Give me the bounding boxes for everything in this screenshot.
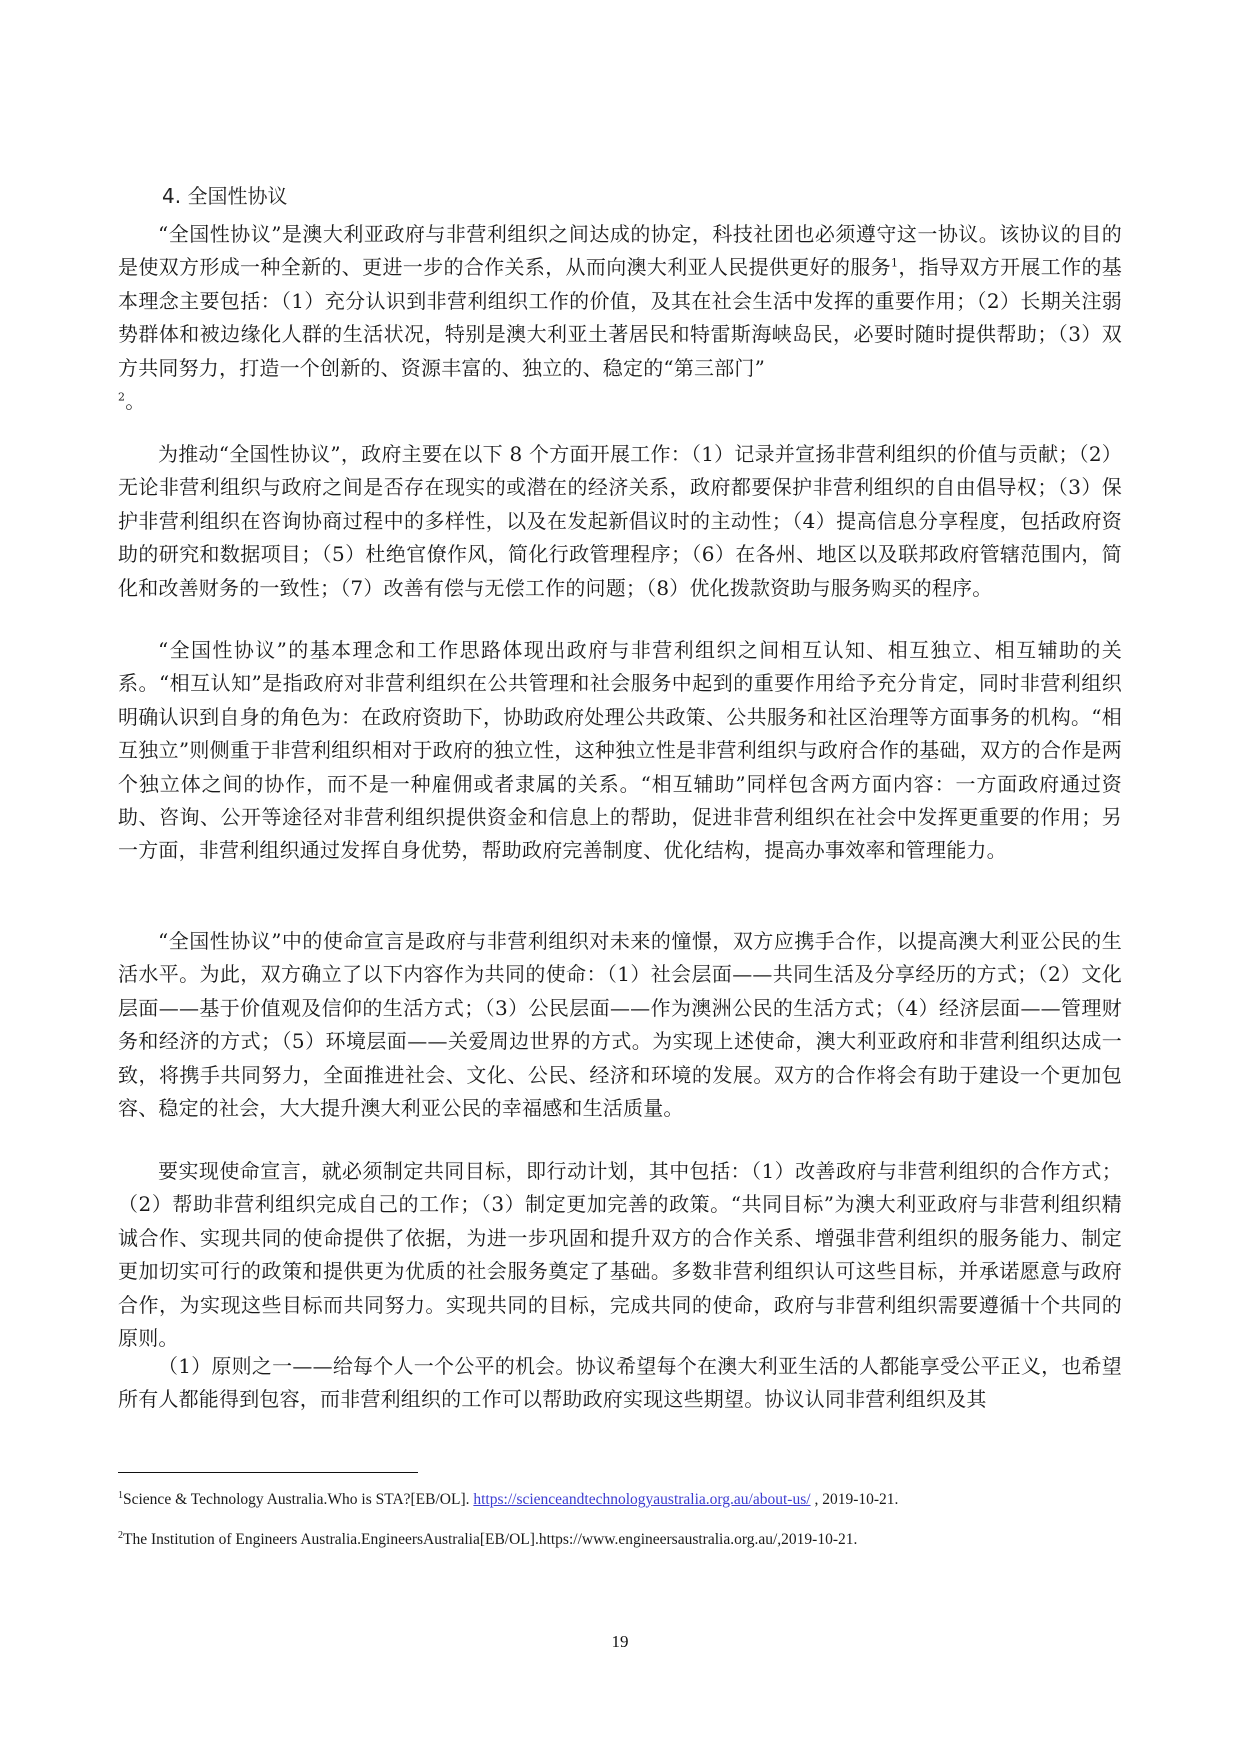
footnote-2-text: The Institution of Engineers Australia.E… [123,1531,857,1548]
page-number: 19 [0,1632,1240,1652]
paragraph-1: “全国性协议”是澳大利亚政府与非营利组织之间达成的协定，科技社团也必须遵守这一协… [118,218,1122,418]
footnote-1-date: , 2019-10-21. [811,1491,899,1508]
footnote-1: 1Science & Technology Australia.Who is S… [118,1490,898,1510]
paragraph-6: （1）原则之一——给每个人一个公平的机会。协议希望每个在澳大利亚生活的人都能享受… [118,1350,1122,1417]
footnote-separator [118,1472,418,1473]
footnote-1-link[interactable]: https://scienceandtechnologyaustralia.or… [473,1491,810,1508]
footnote-1-text: Science & Technology Australia.Who is ST… [123,1491,473,1508]
footnote-2: 2The Institution of Engineers Australia.… [118,1530,857,1550]
paragraph-2: 为推动“全国性协议”，政府主要在以下 8 个方面开展工作：（1）记录并宣扬非营利… [118,438,1122,605]
paragraph-5: 要实现使命宣言，就必须制定共同目标，即行动计划，其中包括：（1）改善政府与非营利… [118,1155,1122,1355]
paragraph-1-text-c: 。 [125,389,145,413]
paragraph-3: “全国性协议”的基本理念和工作思路体现出政府与非营利组织之间相互认知、相互独立、… [118,634,1122,868]
paragraph-4: “全国性协议”中的使命宣言是政府与非营利组织对未来的憧憬，双方应携手合作，以提高… [118,925,1122,1125]
section-heading: 4. 全国性协议 [162,183,287,209]
